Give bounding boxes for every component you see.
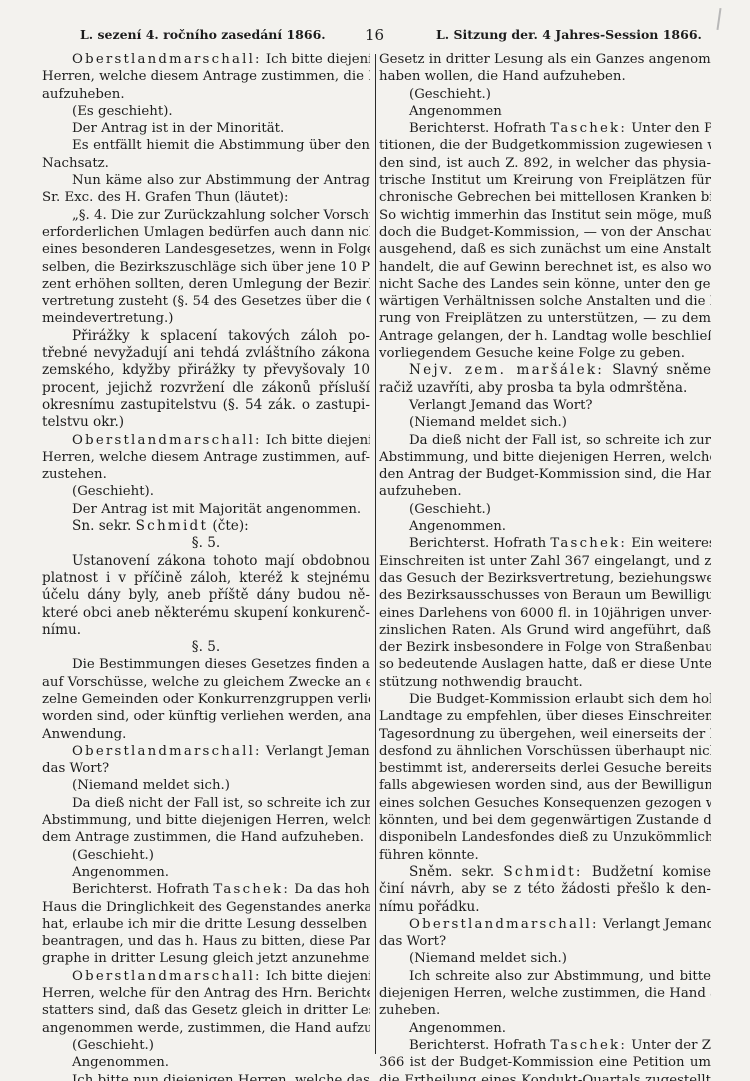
speaker-name: Oberstlandmarschall: bbox=[72, 744, 262, 759]
text-line: §. 5. bbox=[42, 639, 370, 656]
text-line: erforderlichen Umlagen bedürfen auch dan… bbox=[42, 224, 370, 241]
text-line: dem Antrage zustimmen, die Hand aufzuheb… bbox=[42, 829, 370, 846]
text-line: desfond zu ähnlichen Vorschüssen überhau… bbox=[379, 743, 711, 760]
speaker-name: Berichterst. Hofrath Taschek: bbox=[409, 1038, 627, 1053]
text-line: procent, jejichž rozvržení dle zákonů př… bbox=[42, 380, 370, 397]
text-line: Ustanovení zákona tohoto mají obdobnou bbox=[42, 553, 370, 570]
text-line: graphe in dritter Lesung gleich jetzt an… bbox=[42, 950, 370, 967]
speaker-title: Berichterst. Hofrath bbox=[72, 882, 213, 897]
text-line: nímu. bbox=[42, 622, 370, 639]
line-text: Verlangt Jemand bbox=[599, 917, 711, 932]
text-line: Oberstlandmarschall: Verlangt Jemand bbox=[42, 743, 370, 760]
text-line: Ich bitte nun diejenigen Herren, welche … bbox=[42, 1072, 370, 1081]
text-line: zent erhöhen sollten, deren Umlegung der… bbox=[42, 276, 370, 293]
text-line: eines solchen Gesuches Konsequenzen gezo… bbox=[379, 795, 711, 812]
text-line: nicht Sache des Landes sein könne, unter… bbox=[379, 276, 711, 293]
text-line: haben wollen, die Hand aufzuheben. bbox=[379, 68, 711, 85]
header-czech: L. sezení 4. ročního zasedání 1866. bbox=[80, 27, 326, 42]
text-line: (Geschieht). bbox=[42, 483, 370, 500]
speaker-title: Sn. sekr. bbox=[72, 518, 136, 534]
text-line: Sněm. sekr. Schmidt: Budžetní komise bbox=[379, 864, 711, 881]
line-text: Unter der Zahl bbox=[627, 1038, 711, 1053]
text-line: které obci aneb některému skupení konkur… bbox=[42, 605, 370, 622]
text-line: Berichterst. Hofrath Taschek: Unter der … bbox=[379, 1037, 711, 1054]
text-line: Es entfällt hiemit die Abstimmung über d… bbox=[42, 137, 370, 154]
speaker-name: Sněm. sekr. Schmidt: bbox=[409, 864, 583, 880]
text-line: činí návrh, aby se z této žádosti přešlo… bbox=[379, 881, 711, 898]
text-line: Die Budget-Kommission erlaubt sich dem h… bbox=[379, 691, 711, 708]
line-text: Unter den Pe- bbox=[627, 121, 711, 136]
text-line: Angenommen. bbox=[379, 1020, 711, 1037]
text-line: Herren, welche für den Antrag des Hrn. B… bbox=[42, 985, 370, 1002]
line-text: Ich bitte diejenigen bbox=[262, 52, 370, 67]
text-line: wärtigen Verhältnissen solche Anstalten … bbox=[379, 293, 711, 310]
text-line: (Niemand meldet sich.) bbox=[379, 414, 711, 431]
text-line: Nun käme also zur Abstimmung der Antrag bbox=[42, 172, 370, 189]
page-header: L. sezení 4. ročního zasedání 1866. 16 L… bbox=[0, 27, 750, 47]
text-line: meindevertretung.) bbox=[42, 310, 370, 327]
text-line: platnost i v příčině záloh, kteréž k ste… bbox=[42, 570, 370, 587]
text-line: Berichterst. Hofrath Taschek: Ein weiter… bbox=[379, 535, 711, 552]
text-line: statters sind, daß das Gesetz gleich in … bbox=[42, 1002, 370, 1019]
text-line: so bedeutende Auslagen hatte, daß er die… bbox=[379, 656, 711, 673]
speaker-name: Berichterst. Hofrath Taschek: bbox=[409, 121, 627, 136]
text-line: zuheben. bbox=[379, 1002, 711, 1019]
text-line: beantragen, und das h. Haus zu bitten, d… bbox=[42, 933, 370, 950]
text-line: Tagesordnung zu übergehen, weil einersei… bbox=[379, 726, 711, 743]
text-line: Ich schreite also zur Abstimmung, und bi… bbox=[379, 968, 711, 985]
text-line: Da dieß nicht der Fall ist, so schreite … bbox=[42, 795, 370, 812]
text-line: rung von Freiplätzen zu unterstützen, — … bbox=[379, 310, 711, 327]
text-line: vertretung zusteht (§. 54 des Gesetzes ü… bbox=[42, 293, 370, 310]
text-line: eines Darlehens von 6000 fl. in 10jährig… bbox=[379, 605, 711, 622]
column-divider bbox=[375, 54, 376, 1054]
speaker-name: Oberstlandmarschall: bbox=[72, 969, 262, 984]
text-line: selben, die Bezirkszuschläge sich über j… bbox=[42, 259, 370, 276]
text-line: Nachsatz. bbox=[42, 155, 370, 172]
text-line: titionen, die der Budgetkommission zugew… bbox=[379, 137, 711, 154]
text-line: stützung nothwendig braucht. bbox=[379, 674, 711, 691]
speaker-surname: Taschek: bbox=[550, 536, 627, 551]
speaker-name: Oberstlandmarschall: bbox=[72, 433, 262, 448]
speaker-surname: Taschek: bbox=[550, 1038, 627, 1053]
text-line: Der Antrag ist mit Majorität angenommen. bbox=[42, 501, 370, 518]
text-line: Antrage gelangen, der h. Landtag wolle b… bbox=[379, 328, 711, 345]
text-line: račiž uzavříti, aby prosba ta byla odmrš… bbox=[379, 380, 711, 397]
text-line: Angenommen. bbox=[379, 518, 711, 535]
left-column: Oberstlandmarschall: Ich bitte diejenige… bbox=[42, 51, 370, 1081]
text-line: Přirážky k splacení takových záloh po- bbox=[42, 328, 370, 345]
line-text: Ein weiteres bbox=[627, 536, 711, 551]
text-line: telstvu okr.) bbox=[42, 414, 370, 431]
text-line: angenommen werde, zustimmen, die Hand au… bbox=[42, 1020, 370, 1037]
text-line: Oberstlandmarschall: Ich bitte diejenige… bbox=[42, 51, 370, 68]
text-line: doch die Budget-Kommission, — von der An… bbox=[379, 224, 711, 241]
text-line: Oberstlandmarschall: Ich bitte diejenige… bbox=[42, 432, 370, 449]
text-line: (Geschieht.) bbox=[42, 847, 370, 864]
speaker-title: Berichterst. Hofrath bbox=[409, 536, 550, 551]
text-line: (Geschieht.) bbox=[379, 86, 711, 103]
speaker-name: Nejv. zem. maršálek: bbox=[409, 362, 604, 378]
text-line: Herren, welche diesem Antrage zustimmen,… bbox=[42, 68, 370, 85]
speaker-name: Sn. sekr. Schmidt bbox=[72, 518, 208, 534]
speaker-name: Berichterst. Hofrath Taschek: bbox=[409, 536, 627, 551]
text-line: disponibeln Landesfondes dieß zu Unzuköm… bbox=[379, 829, 711, 846]
text-line: Sn. sekr. Schmidt (čte): bbox=[42, 518, 370, 535]
text-line: Sr. Exc. des H. Grafen Thun (läutet): bbox=[42, 189, 370, 206]
text-line: (Es geschieht). bbox=[42, 103, 370, 120]
text-line: trische Institut um Kreirung von Freiplä… bbox=[379, 172, 711, 189]
text-line: 366 ist der Budget-Kommission eine Petit… bbox=[379, 1054, 711, 1071]
text-line: hat, erlaube ich mir die dritte Lesung d… bbox=[42, 916, 370, 933]
text-line: Gesetz in dritter Lesung als ein Ganzes … bbox=[379, 51, 711, 68]
text-line: nímu pořádku. bbox=[379, 899, 711, 916]
text-line: zinslichen Raten. Als Grund wird angefüh… bbox=[379, 622, 711, 639]
text-line: Oberstlandmarschall: Verlangt Jemand bbox=[379, 916, 711, 933]
text-line: Abstimmung, und bitte diejenigen Herren,… bbox=[42, 812, 370, 829]
speaker-title: Berichterst. Hofrath bbox=[409, 121, 550, 136]
text-line: zelne Gemeinden oder Konkurrenzgruppen v… bbox=[42, 691, 370, 708]
text-line: eines besonderen Landesgesetzes, wenn in… bbox=[42, 241, 370, 258]
text-line: účelu dány byly, aneb příště dány budou … bbox=[42, 587, 370, 604]
text-line: falls abgewiesen worden sind, aus der Be… bbox=[379, 777, 711, 794]
header-german: L. Sitzung der. 4 Jahres-Session 1866. bbox=[436, 27, 702, 42]
text-line: So wichtig immerhin das Institut sein mö… bbox=[379, 207, 711, 224]
text-line: Anwendung. bbox=[42, 726, 370, 743]
text-line: Verlangt Jemand das Wort? bbox=[379, 397, 711, 414]
text-line: diejenigen Herren, welche zustimmen, die… bbox=[379, 985, 711, 1002]
text-line: Da dieß nicht der Fall ist, so schreite … bbox=[379, 432, 711, 449]
text-line: Angenommen bbox=[379, 103, 711, 120]
speaker-surname: Taschek: bbox=[213, 882, 290, 897]
text-line: das Wort? bbox=[42, 760, 370, 777]
speaker-name: Oberstlandmarschall: bbox=[409, 917, 599, 932]
line-text: (čte): bbox=[208, 518, 249, 534]
text-line: Oberstlandmarschall: Ich bitte diejenige… bbox=[42, 968, 370, 985]
text-line: handelt, die auf Gewinn berechnet ist, e… bbox=[379, 259, 711, 276]
text-line: Landtage zu empfehlen, über dieses Einsc… bbox=[379, 708, 711, 725]
text-line: Angenommen. bbox=[42, 864, 370, 881]
line-text: Da das hohe bbox=[290, 882, 370, 897]
speaker-surname: Schmidt bbox=[136, 518, 208, 534]
text-line: třebné nevyžadují ani tehdá zvláštního z… bbox=[42, 345, 370, 362]
text-line: (Niemand meldet sich.) bbox=[379, 950, 711, 967]
text-line: der Bezirk insbesondere in Folge von Str… bbox=[379, 639, 711, 656]
text-line: (Geschieht.) bbox=[42, 1037, 370, 1054]
text-line: aufzuheben. bbox=[379, 483, 711, 500]
text-line: aufzuheben. bbox=[42, 86, 370, 103]
text-line: ausgehend, daß es sich zunächst um eine … bbox=[379, 241, 711, 258]
text-line: Abstimmung, und bitte diejenigen Herren,… bbox=[379, 449, 711, 466]
line-text: Ich bitte diejenigen bbox=[262, 969, 370, 984]
document-page: L. sezení 4. ročního zasedání 1866. 16 L… bbox=[0, 0, 750, 1081]
text-line: bestimmt ist, andererseits derlei Gesuch… bbox=[379, 760, 711, 777]
text-line: könnten, und bei dem gegenwärtigen Zusta… bbox=[379, 812, 711, 829]
text-line: zustehen. bbox=[42, 466, 370, 483]
speaker-name: Berichterst. Hofrath Taschek: bbox=[72, 882, 290, 897]
text-line: zemského, kdyžby přirážky ty převyšovaly… bbox=[42, 362, 370, 379]
speaker-title: Berichterst. Hofrath bbox=[409, 1038, 550, 1053]
line-text: Slavný sněme bbox=[604, 362, 711, 378]
text-line: des Bezirksausschusses von Beraun um Bew… bbox=[379, 587, 711, 604]
text-line: Herren, welche diesem Antrage zustimmen,… bbox=[42, 449, 370, 466]
speaker-title: Sněm. sekr. bbox=[409, 864, 503, 880]
text-line: Haus die Dringlichkeit des Gegenstandes … bbox=[42, 899, 370, 916]
text-line: vorliegendem Gesuche keine Folge zu gebe… bbox=[379, 345, 711, 362]
text-line: Der Antrag ist in der Minorität. bbox=[42, 120, 370, 137]
line-text: Ich bitte diejenigen bbox=[262, 433, 370, 448]
speaker-surname: Schmidt: bbox=[503, 864, 582, 880]
text-line: §. 5. bbox=[42, 535, 370, 552]
text-line: (Geschieht.) bbox=[379, 501, 711, 518]
text-line: (Niemand meldet sich.) bbox=[42, 777, 370, 794]
text-line: okresnímu zastupitelstvu (§. 54 zák. o z… bbox=[42, 397, 370, 414]
line-text: Budžetní komise bbox=[583, 864, 711, 880]
right-column: Gesetz in dritter Lesung als ein Ganzes … bbox=[379, 51, 711, 1081]
text-line: auf Vorschüsse, welche zu gleichem Zweck… bbox=[42, 674, 370, 691]
text-line: worden sind, oder künftig verliehen werd… bbox=[42, 708, 370, 725]
text-line: den Antrag der Budget-Kommission sind, d… bbox=[379, 466, 711, 483]
text-line: „§. 4. Die zur Zurückzahlung solcher Vor… bbox=[42, 207, 370, 224]
speaker-surname: Taschek: bbox=[550, 121, 627, 136]
text-line: chronische Gebrechen bei mittellosen Kra… bbox=[379, 189, 711, 206]
page-number: 16 bbox=[365, 26, 384, 44]
text-line: Einschreiten ist unter Zahl 367 eingelan… bbox=[379, 553, 711, 570]
line-text: Verlangt Jemand bbox=[262, 744, 370, 759]
speaker-name: Oberstlandmarschall: bbox=[72, 52, 262, 67]
text-line: den sind, ist auch Z. 892, in welcher da… bbox=[379, 155, 711, 172]
text-line: Nejv. zem. maršálek: Slavný sněme bbox=[379, 362, 711, 379]
text-line: Angenommen. bbox=[42, 1054, 370, 1071]
text-line: führen könnte. bbox=[379, 847, 711, 864]
text-line: das Gesuch der Bezirksvertretung, bezieh… bbox=[379, 570, 711, 587]
text-line: das Wort? bbox=[379, 933, 711, 950]
text-line: Berichterst. Hofrath Taschek: Unter den … bbox=[379, 120, 711, 137]
text-line: Die Bestimmungen dieses Gesetzes finden … bbox=[42, 656, 370, 673]
text-line: Berichterst. Hofrath Taschek: Da das hoh… bbox=[42, 881, 370, 898]
text-line: die Ertheilung eines Kondukt-Quartals zu… bbox=[379, 1072, 711, 1081]
